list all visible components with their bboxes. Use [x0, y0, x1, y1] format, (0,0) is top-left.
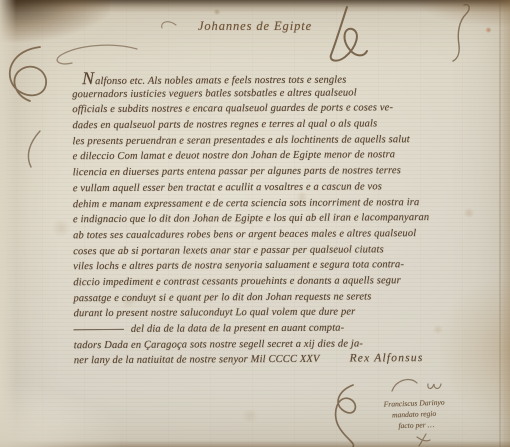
- ink-flourish-signature-swirl: [336, 385, 356, 447]
- ink-flourish-top-right-stroke: [453, 5, 469, 61]
- fold-line-right: [499, 0, 501, 447]
- manuscript-line-text: del dia de la data de la present en auan…: [131, 323, 345, 335]
- royal-signature: Rex Alfonsus: [350, 352, 424, 364]
- chancery-note: Franciscus Darinyo mandato regio facto p…: [383, 395, 484, 431]
- stain-bottom-edge: [0, 440, 510, 447]
- heading-docket: Johannes de Egipte: [85, 19, 425, 34]
- manuscript-body: Nalfonso etc. Als nobles amats e feels n…: [72, 69, 474, 370]
- manuscript-line-text: ner lany de la natiuitat de nostre senyo…: [74, 354, 320, 367]
- foxing-spot: [213, 9, 221, 15]
- manuscript-page: Johannes de Egipte Nalfonso etc. Als nob…: [0, 0, 510, 447]
- stain-right-edge: [498, 0, 510, 447]
- ink-flourish-under-initial: [57, 45, 137, 64]
- curl-bottom-left: [0, 387, 120, 447]
- stain-top-right-corner: [420, 0, 510, 26]
- manuscript-line-last: ner lany de la natiuitat de nostre senyo…: [74, 351, 474, 369]
- chancery-note-line: facto per …: [398, 417, 484, 431]
- foxing-spot: [240, 410, 260, 422]
- edge-left-highlight: [0, 0, 16, 447]
- stain-top-edge: [0, 0, 510, 13]
- manuscript-line: ab totes ses caualcadures robes bens or …: [73, 226, 473, 244]
- foxing-spot: [485, 27, 492, 33]
- foxing-spot: [50, 220, 72, 236]
- ink-flourish-note-top-curl: [392, 380, 441, 391]
- struck-text: ——— ——: [74, 324, 124, 335]
- ink-flourish-left-paraph: [10, 47, 46, 101]
- ink-flourish-left-small-arc: [28, 131, 40, 167]
- ink-flourish-note-cross: [417, 434, 430, 446]
